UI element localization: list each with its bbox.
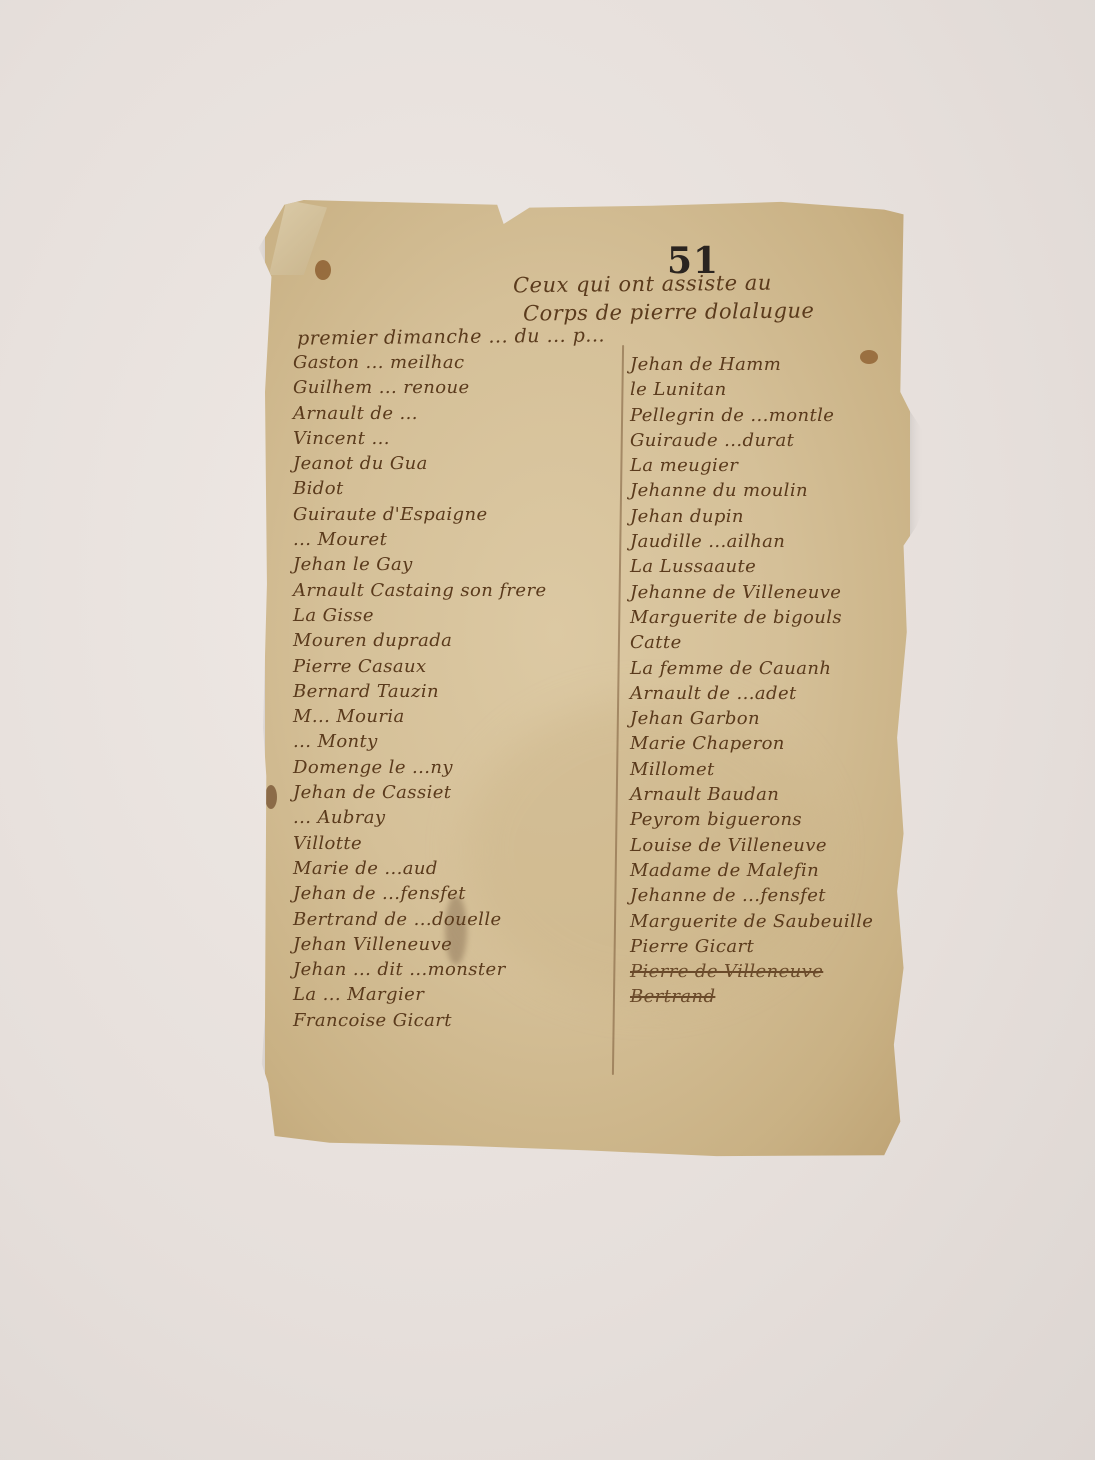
name-entry: Jehanne de ...fensfet	[630, 883, 920, 908]
name-entry: Catte	[630, 630, 920, 655]
name-entry: La ... Margier	[293, 982, 613, 1007]
ink-stain	[315, 260, 331, 280]
names-column-right: Jehan de Hammle LunitanPellegrin de ...m…	[630, 352, 920, 1010]
name-entry: Jehan de Hamm	[630, 352, 920, 377]
name-entry: La meugier	[630, 453, 920, 478]
name-entry: Arnault de ...adet	[630, 681, 920, 706]
name-entry: Millomet	[630, 757, 920, 782]
name-entry: M... Mouria	[293, 704, 613, 729]
name-entry: Jehan de Cassiet	[293, 780, 613, 805]
name-entry: Bidot	[293, 476, 613, 501]
name-entry: le Lunitan	[630, 377, 920, 402]
name-entry: Marguerite de bigouls	[630, 605, 920, 630]
name-entry: Marie de ...aud	[293, 856, 613, 881]
name-entry: Bertrand	[630, 984, 920, 1009]
name-entry: Pierre de Villeneuve	[630, 959, 920, 984]
name-entry: Guilhem ... renoue	[293, 375, 613, 400]
name-entry: Jehan le Gay	[293, 552, 613, 577]
name-entry: Jehanne de Villeneuve	[630, 580, 920, 605]
name-entry: Arnault Baudan	[630, 782, 920, 807]
name-entry: Louise de Villeneuve	[630, 833, 920, 858]
name-entry: La Lussaaute	[630, 554, 920, 579]
name-entry: La Gisse	[293, 603, 613, 628]
name-entry: Arnault Castaing son frere	[293, 578, 613, 603]
name-entry: Pellegrin de ...montle	[630, 403, 920, 428]
name-entry: Guiraude ...durat	[630, 428, 920, 453]
name-entry: Jeanot du Gua	[293, 451, 613, 476]
name-entry: Jehanne du moulin	[630, 478, 920, 503]
name-entry: Marie Chaperon	[630, 731, 920, 756]
heading-line-1: Ceux qui ont assiste au	[513, 271, 772, 298]
name-entry: Jaudille ...ailhan	[630, 529, 920, 554]
name-entry: Arnault de ...	[293, 401, 613, 426]
name-entry: Gaston ... meilhac	[293, 350, 613, 375]
names-column-left: Gaston ... meilhacGuilhem ... renoueArna…	[293, 350, 613, 1033]
name-entry: Jehan ... dit ...monster	[293, 957, 613, 982]
name-entry: Jehan dupin	[630, 504, 920, 529]
name-entry: Bernard Tauzin	[293, 679, 613, 704]
name-entry: Francoise Gicart	[293, 1008, 613, 1033]
name-entry: ... Aubray	[293, 805, 613, 830]
name-entry: Guiraute d'Espaigne	[293, 502, 613, 527]
name-entry: Jehan Garbon	[630, 706, 920, 731]
name-entry: ... Monty	[293, 729, 613, 754]
name-entry: Bertrand de ...douelle	[293, 907, 613, 932]
name-entry: Jehan de ...fensfet	[293, 881, 613, 906]
name-entry: La femme de Cauanh	[630, 656, 920, 681]
name-entry: Marguerite de Saubeuille	[630, 909, 920, 934]
name-entry: Mouren duprada	[293, 628, 613, 653]
heading-line-3: premier dimanche ... du ... p...	[297, 324, 605, 349]
name-entry: Pierre Gicart	[630, 934, 920, 959]
heading-line-2: Corps de pierre dolalugue	[523, 298, 815, 325]
name-entry: Peyrom biguerons	[630, 807, 920, 832]
manuscript-leaf: 51 Ceux qui ont assiste au Corps de pier…	[265, 200, 910, 1160]
name-entry: ... Mouret	[293, 527, 613, 552]
name-entry: Jehan Villeneuve	[293, 932, 613, 957]
name-entry: Madame de Malefin	[630, 858, 920, 883]
name-entry: Domenge le ...ny	[293, 755, 613, 780]
name-entry: Villotte	[293, 831, 613, 856]
ink-stain	[265, 785, 277, 809]
name-entry: Vincent ...	[293, 426, 613, 451]
name-entry: Pierre Casaux	[293, 654, 613, 679]
